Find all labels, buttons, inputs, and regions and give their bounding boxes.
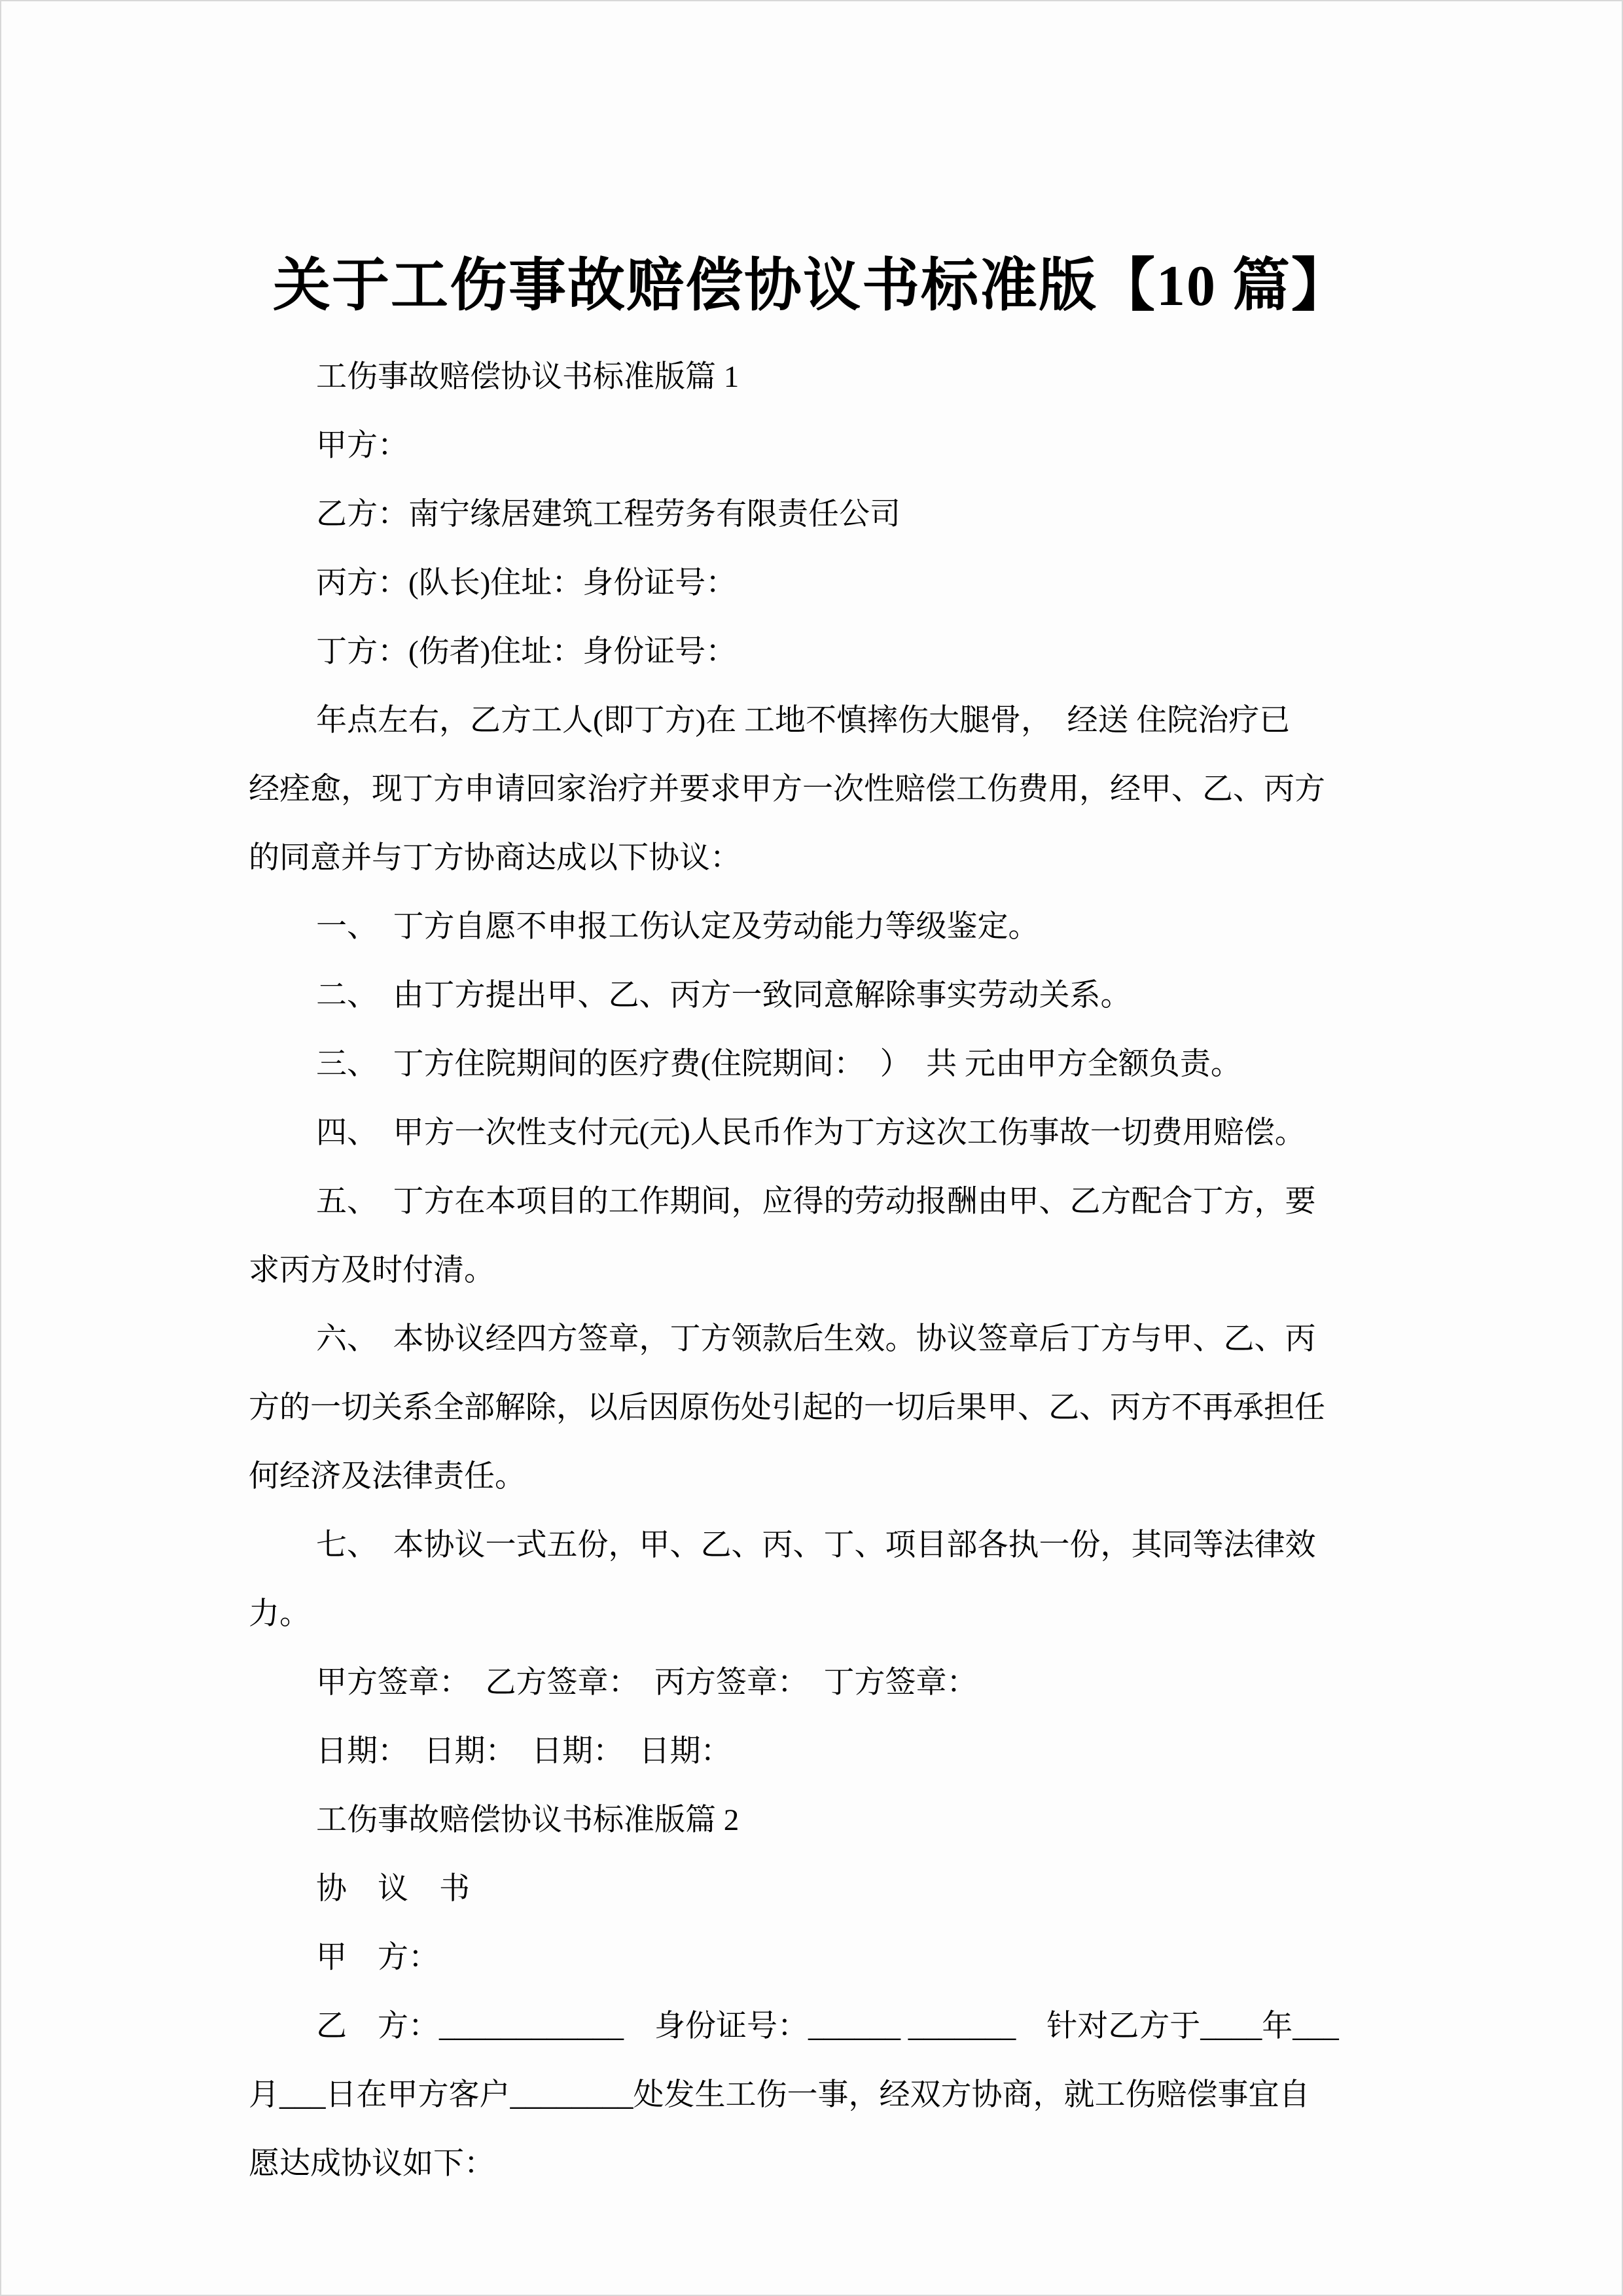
text-line: 何经济及法律责任。 (249, 1443, 1420, 1511)
text-line: 经痊愈，现丁方申请回家治疗并要求甲方一次性赔偿工伤费用，经甲、乙、丙方 (249, 755, 1420, 824)
text-line: 求丙方及时付清。 (249, 1236, 1420, 1305)
text-line: 乙 方：____________ 身份证号：______ _______ 针对乙… (249, 1992, 1420, 2061)
text-line: 月___日在甲方客户________处发生工伤一事，经双方协商，就工伤赔偿事宜自 (249, 2061, 1420, 2130)
text-line: 丙方：(队长)住址：身份证号： (249, 549, 1420, 618)
document-page: 关于工伤事故赔偿协议书标准版【10 篇】 工伤事故赔偿协议书标准版篇 1甲方：乙… (0, 0, 1623, 2296)
text-line: 五、 丁方在本项目的工作期间，应得的劳动报酬由甲、乙方配合丁方，要 (249, 1168, 1420, 1236)
text-line: 愿达成协议如下： (249, 2130, 1420, 2198)
text-line: 力。 (249, 1580, 1420, 1649)
text-line: 工伤事故赔偿协议书标准版篇 2 (249, 1786, 1420, 1855)
text-line: 方的一切关系全部解除，以后因原伤处引起的一切后果甲、乙、丙方不再承担任 (249, 1374, 1420, 1443)
text-line: 四、 甲方一次性支付元(元)人民币作为丁方这次工伤事故一切费用赔偿。 (249, 1099, 1420, 1168)
text-line: 协 议 书 (249, 1855, 1420, 1924)
text-line: 工伤事故赔偿协议书标准版篇 1 (249, 343, 1420, 412)
text-line: 乙方：南宁缘居建筑工程劳务有限责任公司 (249, 480, 1420, 549)
text-line: 日期： 日期： 日期： 日期： (249, 1717, 1420, 1786)
document-body: 工伤事故赔偿协议书标准版篇 1甲方：乙方：南宁缘居建筑工程劳务有限责任公司丙方：… (249, 343, 1420, 2198)
text-line: 甲方： (249, 412, 1420, 480)
text-line: 的同意并与丁方协商达成以下协议： (249, 824, 1420, 893)
page-title: 关于工伤事故赔偿协议书标准版【10 篇】 (1, 240, 1622, 322)
text-line: 六、 本协议经四方签章，丁方领款后生效。协议签章后丁方与甲、乙、丙 (249, 1305, 1420, 1374)
text-line: 三、 丁方住院期间的医疗费(住院期间： ） 共 元由甲方全额负责。 (249, 1030, 1420, 1099)
text-line: 年点左右，乙方工人(即丁方)在 工地不慎摔伤大腿骨， 经送 住院治疗已 (249, 687, 1420, 755)
text-line: 二、 由丁方提出甲、乙、丙方一致同意解除事实劳动关系。 (249, 961, 1420, 1030)
text-line: 七、 本协议一式五份，甲、乙、丙、丁、项目部各执一份，其同等法律效 (249, 1511, 1420, 1580)
text-line: 甲 方： (249, 1924, 1420, 1992)
text-line: 丁方：(伤者)住址：身份证号： (249, 618, 1420, 687)
text-line: 一、 丁方自愿不申报工伤认定及劳动能力等级鉴定。 (249, 893, 1420, 961)
text-line: 甲方签章： 乙方签章： 丙方签章： 丁方签章： (249, 1649, 1420, 1717)
